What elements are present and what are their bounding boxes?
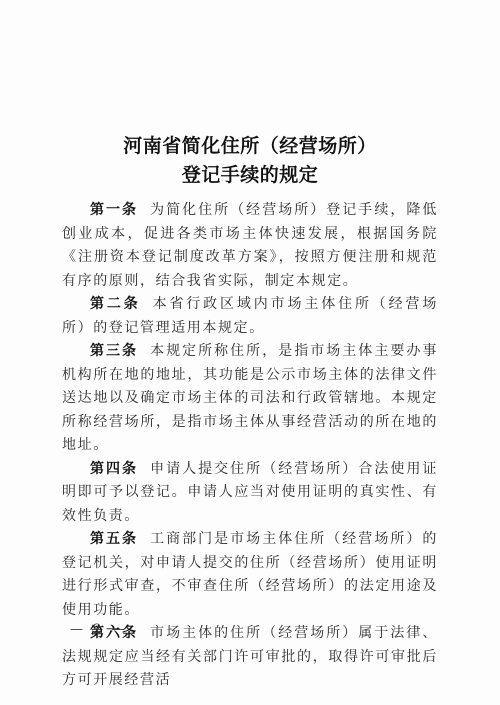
article-label: 第一条 [90, 202, 138, 218]
article-3: 第三条本规定所称住所，是指市场主体主要办事机构所在地的地址，其功能是公示市场主体… [62, 340, 438, 458]
document-body: 第一条为简化住所（经营场所）登记手续，降低创业成本，促进各类市场主体快速发展，根… [62, 199, 438, 693]
page-number: — 2 — [70, 622, 128, 637]
article-text: 本规定所称住所，是指市场主体主要办事机构所在地的地址，其功能是公示市场主体的法律… [62, 343, 438, 453]
article-label: 第五条 [90, 531, 138, 547]
article-1: 第一条为简化住所（经营场所）登记手续，降低创业成本，促进各类市场主体快速发展，根… [62, 199, 438, 293]
article-4: 第四条申请人提交住所（经营场所）合法使用证明即可予以登记。申请人应当对使用证明的… [62, 458, 438, 529]
article-label: 第三条 [90, 343, 138, 359]
document-title-line-2: 登记手续的规定 [0, 160, 500, 187]
article-label: 第二条 [90, 296, 141, 312]
document-title-line-1: 河南省简化住所（经营场所） [0, 131, 500, 158]
article-5: 第五条工商部门是市场主体住所（经营场所）的登记机关，对申请人提交的住所（经营场所… [62, 528, 438, 622]
article-label: 第四条 [90, 461, 138, 477]
article-2: 第二条本省行政区域内市场主体住所（经营场所）的登记管理适用本规定。 [62, 293, 438, 340]
document-page: 河南省简化住所（经营场所） 登记手续的规定 第一条为简化住所（经营场所）登记手续… [0, 0, 500, 705]
